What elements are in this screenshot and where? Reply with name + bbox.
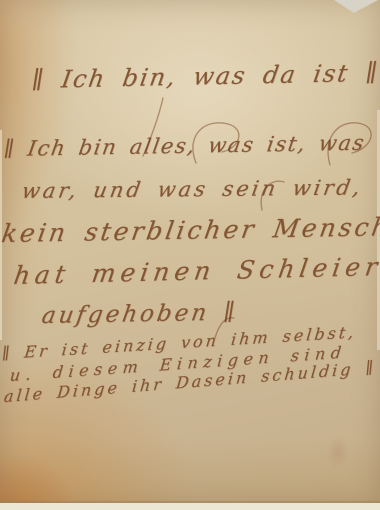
handwritten-line-6: aufgehoben ∥	[40, 300, 239, 329]
handwritten-line-3: war, und was sein wird,	[20, 175, 365, 203]
paper-bottom-edge	[0, 501, 380, 510]
manuscript-photo: ∥ Ich bin, was da ist ∥ ∥ Ich bin alles,…	[0, 0, 380, 510]
